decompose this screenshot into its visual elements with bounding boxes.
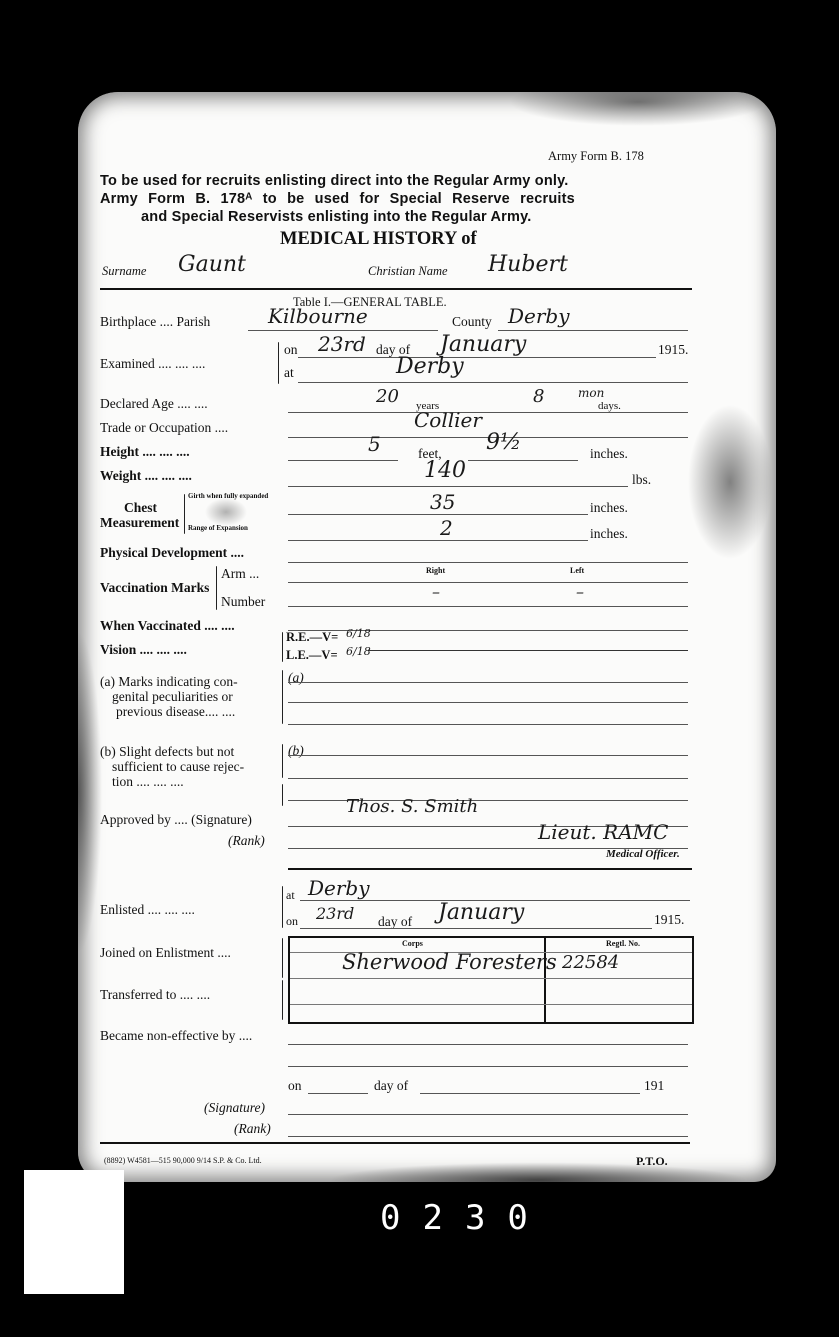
- right-label: Right: [426, 566, 445, 575]
- approved-signature-label: Approved by .... (Signature): [100, 812, 252, 828]
- non-effective-line-1: [288, 1044, 688, 1045]
- physical-development-line: [288, 562, 688, 563]
- examined-day[interactable]: 23rd: [318, 332, 366, 356]
- enlisted-on-line: [300, 928, 652, 929]
- joined-corps[interactable]: Sherwood Foresters: [342, 950, 557, 974]
- divider: [100, 288, 692, 290]
- weight-value[interactable]: 140: [424, 458, 466, 483]
- weight-line: [288, 486, 628, 487]
- marks-label-line-3: previous disease.... ....: [116, 704, 235, 720]
- examined-on-label: on: [284, 342, 298, 358]
- surname-value[interactable]: Gaunt: [178, 252, 246, 277]
- weight-label: Weight .... .... ....: [100, 468, 192, 484]
- height-inches-line: [468, 460, 578, 461]
- instruction-line-2: Army Form B. 178ᴬ to be used for Special…: [100, 191, 575, 207]
- right-eye-value[interactable]: 6/18: [346, 627, 371, 640]
- declared-age-label: Declared Age .... ....: [100, 396, 208, 412]
- surname-label: Surname: [102, 264, 146, 279]
- brace: [282, 670, 283, 724]
- defects-label-line-2: sufficient to cause rejec-: [112, 759, 244, 775]
- marks-label-line-2: genital peculiarities or: [112, 689, 233, 705]
- enlisted-year: 1915.: [654, 912, 684, 928]
- county-value[interactable]: Derby: [508, 304, 570, 328]
- enlisted-at-label: at: [286, 888, 295, 903]
- brace: [282, 632, 283, 662]
- height-inches[interactable]: 9½: [486, 430, 521, 455]
- non-effective-rank-line: [288, 1136, 688, 1137]
- examined-at-label: at: [284, 365, 294, 381]
- vision-label: Vision .... .... ....: [100, 642, 187, 658]
- brace: [282, 784, 283, 806]
- range-unit: inches.: [590, 526, 628, 542]
- marks-line-3: [288, 724, 688, 725]
- non-effective-day-line: [308, 1093, 368, 1094]
- examined-on-line: [298, 357, 656, 358]
- parish-line: [248, 330, 438, 331]
- defects-line-2: [288, 778, 688, 779]
- defects-label-line-3: tion .... .... ....: [112, 774, 184, 790]
- height-feet[interactable]: 5: [368, 432, 381, 456]
- brace: [282, 886, 283, 928]
- marks-line-2: [288, 702, 688, 703]
- non-effective-month-line: [420, 1093, 640, 1094]
- defects-line-1: [288, 755, 688, 756]
- age-years[interactable]: 20: [376, 386, 399, 407]
- marks-line-1: [288, 682, 688, 683]
- medical-officer-label: Medical Officer.: [606, 848, 680, 860]
- brace: [184, 494, 185, 534]
- height-feet-line: [288, 460, 398, 461]
- marks-label-line-1: (a) Marks indicating con-: [100, 674, 238, 690]
- joined-regtl-no[interactable]: 22584: [562, 952, 619, 973]
- corps-table: Corps Regtl. No. Sherwood Foresters 2258…: [288, 936, 694, 1024]
- physical-development-label: Physical Development ....: [100, 545, 244, 561]
- examined-label: Examined .... .... ....: [100, 356, 205, 372]
- non-effective-label: Became non-effective by ....: [100, 1028, 252, 1044]
- non-effective-day-of-label: day of: [374, 1078, 408, 1094]
- examined-place[interactable]: Derby: [396, 354, 464, 379]
- left-label: Left: [570, 566, 584, 575]
- brace: [216, 566, 217, 610]
- left-eye-label: L.E.—V=: [286, 648, 338, 663]
- pto-label: P.T.O.: [636, 1154, 668, 1169]
- defects-marker: (b): [288, 743, 304, 759]
- vaccination-arm-line: [288, 582, 688, 583]
- form-reference: Army Form B. 178: [548, 149, 644, 164]
- brace: [278, 342, 279, 384]
- christian-name-value[interactable]: Hubert: [488, 252, 568, 277]
- vaccination-arm-label: Arm ...: [221, 566, 259, 582]
- county-line: [498, 330, 688, 331]
- film-tag: [24, 1170, 124, 1294]
- joined-label: Joined on Enlistment ....: [100, 945, 231, 961]
- form-title: MEDICAL HISTORY of: [280, 229, 477, 250]
- county-label: County: [452, 314, 492, 330]
- left-eye-value[interactable]: 6/18: [346, 645, 371, 658]
- divider: [288, 868, 692, 870]
- non-effective-year: 191: [644, 1078, 664, 1094]
- age-line: [288, 412, 688, 413]
- enlisted-place[interactable]: Derby: [308, 876, 370, 900]
- height-label: Height .... .... ....: [100, 444, 190, 460]
- approved-signature[interactable]: Thos. S. Smith: [346, 796, 478, 817]
- corps-header: Corps: [402, 939, 423, 948]
- age-months-note: mon: [578, 386, 604, 400]
- parish-value[interactable]: Kilbourne: [268, 304, 368, 328]
- marks-marker: (a): [288, 670, 304, 686]
- transferred-label: Transferred to .... ....: [100, 987, 210, 1003]
- non-effective-rank-label: (Rank): [234, 1121, 271, 1137]
- printer-imprint: (8892) W4581—515 90,000 9/14 S.P. & Co. …: [104, 1156, 262, 1165]
- vaccination-right[interactable]: –: [432, 582, 440, 601]
- vision-line: [368, 650, 688, 651]
- enlisted-day[interactable]: 23rd: [316, 904, 354, 923]
- medical-history-form: Army Form B. 178 To be used for recruits…: [78, 92, 776, 1182]
- non-effective-on-label: on: [288, 1078, 302, 1094]
- when-vaccinated-label: When Vaccinated .... ....: [100, 618, 235, 634]
- girth-unit: inches.: [590, 500, 628, 516]
- days-label: days.: [598, 400, 621, 412]
- non-effective-signature-line: [288, 1114, 688, 1115]
- enlisted-month[interactable]: January: [438, 900, 524, 925]
- enlisted-label: Enlisted .... .... ....: [100, 902, 195, 918]
- divider: [100, 1142, 690, 1144]
- girth-line: [288, 514, 588, 515]
- approved-rank-label: (Rank): [228, 833, 265, 849]
- vaccination-left[interactable]: –: [576, 582, 584, 601]
- chest-label: Chest: [124, 500, 157, 516]
- right-eye-label: R.E.—V=: [286, 630, 338, 645]
- non-effective-signature-label: (Signature): [204, 1100, 265, 1116]
- row-line: [290, 978, 692, 979]
- examined-at-line: [298, 382, 688, 383]
- enlisted-on-label: on: [286, 914, 298, 929]
- frame-counter: 0230: [380, 1198, 550, 1238]
- vaccination-marks-label: Vaccination Marks: [100, 580, 209, 596]
- vaccination-number-label: Number: [221, 594, 265, 610]
- brace: [282, 980, 283, 1020]
- vaccination-number-line: [288, 606, 688, 607]
- age-months[interactable]: 8: [533, 386, 544, 407]
- range-line: [288, 540, 588, 541]
- occupation-label: Trade or Occupation ....: [100, 420, 228, 436]
- regtl-no-header: Regtl. No.: [606, 939, 640, 948]
- girth-value[interactable]: 35: [430, 490, 455, 514]
- instruction-line-3: and Special Reservists enlisting into th…: [141, 209, 532, 225]
- brace: [282, 744, 283, 778]
- girth-label: Girth when fully expanded: [188, 492, 268, 500]
- range-value[interactable]: 2: [440, 516, 453, 540]
- row-line: [290, 1004, 692, 1005]
- christian-name-label: Christian Name: [368, 264, 448, 279]
- defects-label-line-1: (b) Slight defects but not: [100, 744, 234, 760]
- brace: [282, 938, 283, 978]
- birthplace-label: Birthplace .... Parish: [100, 314, 210, 330]
- occupation-value[interactable]: Collier: [414, 408, 482, 432]
- non-effective-line-2: [288, 1066, 688, 1067]
- weight-unit: lbs.: [632, 472, 651, 488]
- range-label: Range of Expansion: [188, 524, 248, 532]
- measurement-label: Measurement: [100, 515, 179, 531]
- approved-rank[interactable]: Lieut. RAMC: [538, 820, 668, 844]
- inches-label: inches.: [590, 446, 628, 462]
- examined-year: 1915.: [658, 342, 688, 358]
- instruction-line-1: To be used for recruits enlisting direct…: [100, 173, 569, 189]
